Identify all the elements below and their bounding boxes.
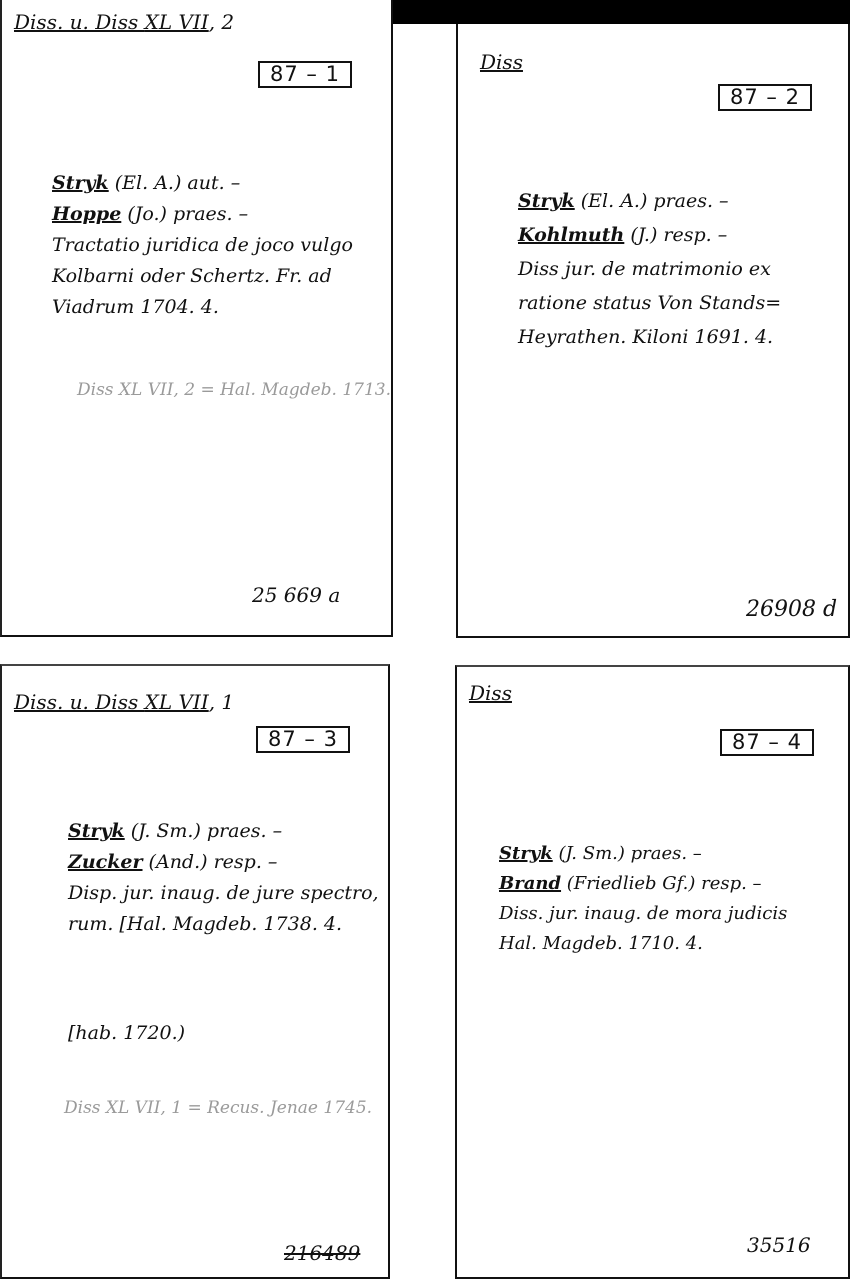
pencil-note: Diss XL VII, 1 = Recus. Jenae 1745. [64, 1098, 372, 1118]
holding-note: [hab. 1720.) [68, 1022, 185, 1044]
entry-line: Kolbarni oder Schertz. Fr. ad [52, 261, 353, 292]
accession-number: 26908 d [746, 597, 837, 622]
accession-number: 35516 [747, 1233, 811, 1257]
catalog-entry: Stryk (El. A.) praes. – Kohlmuth (J.) re… [518, 184, 781, 354]
catalog-card-2: Diss 87 – 2 Stryk (El. A.) praes. – Kohl… [456, 24, 850, 638]
author-name: Stryk [68, 820, 125, 842]
author-name: Hoppe [52, 203, 121, 225]
catalog-card-1: Diss. u. Diss XL VII, 2 87 – 1 Stryk (El… [0, 0, 393, 637]
shelfmark-prefix: Diss [480, 50, 523, 74]
entry-line: ratione status Von Stands= [518, 286, 781, 320]
catalog-entry: Stryk (J. Sm.) praes. – Brand (Friedlieb… [499, 839, 787, 959]
author-name: Stryk [52, 172, 109, 194]
accession-number: 25 669 a [252, 583, 340, 607]
shelfmark: Diss. u. Diss XL VII, 1 [14, 690, 234, 714]
entry-text: (El. A.) aut. – [109, 172, 240, 194]
entry-line: Disp. jur. inaug. de jure spectro, [68, 878, 379, 909]
entry-text: (El. A.) praes. – [575, 190, 729, 212]
shelfmark-roman: XL VII [145, 10, 209, 34]
entry-line: Kohlmuth (J.) resp. – [518, 218, 781, 252]
shelfmark: Diss. u. Diss XL VII, 2 [14, 10, 234, 34]
shelfmark-suffix: , 2 [209, 10, 234, 34]
catalog-entry: Stryk (El. A.) aut. – Hoppe (Jo.) praes.… [52, 168, 353, 323]
shelfmark-prefix: Diss. u. Diss [14, 690, 145, 714]
author-name: Zucker [68, 851, 143, 873]
entry-text: (J. Sm.) praes. – [553, 843, 702, 864]
entry-line: Zucker (And.) resp. – [68, 847, 379, 878]
shelfmark-suffix: , 1 [209, 690, 234, 714]
entry-text: (J. Sm.) praes. – [125, 820, 282, 842]
call-number-box: 87 – 3 [256, 726, 350, 753]
entry-line: Heyrathen. Kiloni 1691. 4. [518, 320, 781, 354]
entry-line: Stryk (El. A.) aut. – [52, 168, 353, 199]
author-name: Kohlmuth [518, 224, 624, 246]
entry-line: Stryk (J. Sm.) praes. – [68, 816, 379, 847]
entry-line: Brand (Friedlieb Gf.) resp. – [499, 869, 787, 899]
accession-number-struck: 216489 [284, 1241, 360, 1265]
author-name: Stryk [499, 843, 553, 864]
catalog-card-3: Diss. u. Diss XL VII, 1 87 – 3 Stryk (J.… [0, 664, 390, 1279]
entry-line: rum. [Hal. Magdeb. 1738. 4. [68, 909, 379, 940]
call-number-box: 87 – 1 [258, 61, 352, 88]
catalog-card-4: Diss 87 – 4 Stryk (J. Sm.) praes. – Bran… [455, 665, 850, 1279]
shelfmark-prefix: Diss. u. Diss [14, 10, 145, 34]
scan-top-border [393, 0, 850, 24]
shelfmark-roman: XL VII [145, 690, 209, 714]
entry-line: Stryk (J. Sm.) praes. – [499, 839, 787, 869]
entry-text: (Jo.) praes. – [121, 203, 248, 225]
call-number-box: 87 – 4 [720, 729, 814, 756]
entry-text: (J.) resp. – [624, 224, 727, 246]
entry-text: (And.) resp. – [143, 851, 278, 873]
entry-text: (Friedlieb Gf.) resp. – [561, 873, 762, 894]
entry-line: Diss. jur. inaug. de mora judicis [499, 899, 787, 929]
entry-line: Stryk (El. A.) praes. – [518, 184, 781, 218]
entry-line: Hal. Magdeb. 1710. 4. [499, 929, 787, 959]
entry-line: Tractatio juridica de joco vulgo [52, 230, 353, 261]
shelfmark: Diss [469, 681, 512, 705]
catalog-entry: Stryk (J. Sm.) praes. – Zucker (And.) re… [68, 816, 379, 940]
shelfmark: Diss [480, 50, 523, 74]
entry-line: Hoppe (Jo.) praes. – [52, 199, 353, 230]
author-name: Stryk [518, 190, 575, 212]
author-name: Brand [499, 873, 561, 894]
shelfmark-prefix: Diss [469, 681, 512, 705]
entry-line: Viadrum 1704. 4. [52, 292, 353, 323]
pencil-note: Diss XL VII, 2 = Hal. Magdeb. 1713. [77, 380, 391, 400]
call-number-box: 87 – 2 [718, 84, 812, 111]
entry-line: Diss jur. de matrimonio ex [518, 252, 781, 286]
